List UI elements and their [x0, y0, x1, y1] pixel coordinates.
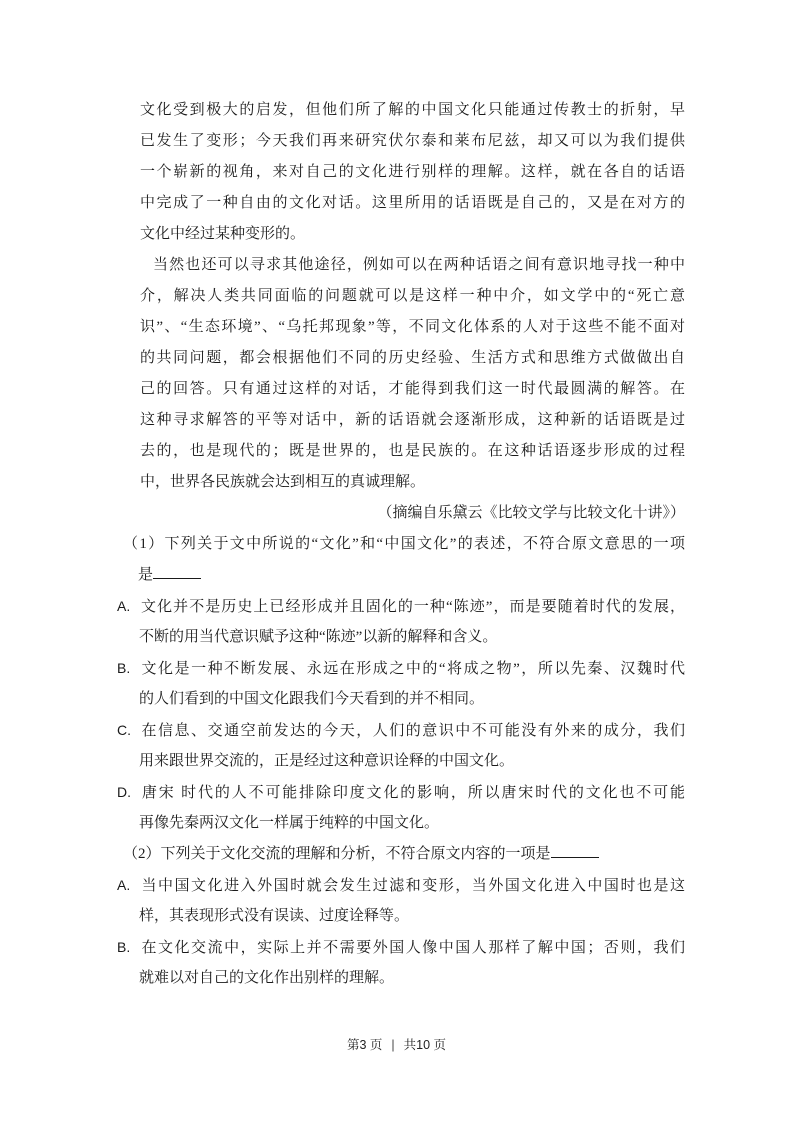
source-attribution: （摘编自乐黛云《比较文学与比较文化十讲》）	[117, 498, 685, 529]
option-d-label: D.	[117, 777, 140, 808]
current-page-label: 第3 页	[347, 1038, 382, 1052]
paragraph-line: 识”、“生态环境”、“乌托邦现象”等，不同文化体系的人对于这些不能不面对	[140, 312, 685, 343]
page-footer: 第3 页|共10 页	[0, 1035, 793, 1053]
question-1-option-a-line-1: A.文化并不是历史上已经形成并且固化的一种“陈迹”，而是要随着时代的发展，	[117, 591, 685, 622]
question-2-option-b-line-2: 就难以对自己的文化作出别样的理解。	[139, 963, 685, 994]
paragraph-line: 中完成了一种自由的文化对话。这里所用的话语既是自己的，又是在对方的	[140, 188, 685, 219]
answer-blank	[551, 844, 599, 858]
paragraph-line: 己的回答。只有通过这样的对话，才能得到我们这一时代最圆满的解答。在	[140, 374, 685, 405]
paragraph-line: 中，世界各民族就会达到相互的真诚理解。	[140, 467, 685, 498]
question-1-option-d-line-2: 再像先秦两汉文化一样属于纯粹的中国文化。	[139, 808, 685, 839]
document-page: 文化受到极大的启发，但他们所了解的中国文化只能通过传教士的折射，早 已发生了变形…	[0, 0, 793, 1122]
footer-separator: |	[391, 1038, 394, 1052]
paragraph-line: 介，解决人类共同面临的问题就可以是这样一种中介，如文学中的“死亡意	[140, 281, 685, 312]
question-1-option-c-line-2: 用来跟世界交流的，正是经过这种意识诠释的中国文化。	[139, 746, 685, 777]
article-paragraph-1: 文化受到极大的启发，但他们所了解的中国文化只能通过传教士的折射，早 已发生了变形…	[117, 95, 685, 250]
paragraph-line: 一个崭新的视角，来对自己的文化进行别样的理解。这样，就在各自的话语	[140, 157, 685, 188]
question-1-stem-tail: 是	[138, 567, 153, 583]
option-a-text: 文化并不是历史上已经形成并且固化的一种“陈迹”，而是要随着时代的发展，	[140, 599, 685, 615]
answer-blank	[153, 565, 201, 579]
question-2-option-b-line-1: B.在文化交流中，实际上并不需要外国人像中国人那样了解中国；否则，我们	[117, 932, 685, 963]
paragraph-line: 当然也还可以寻求其他途径，例如可以在两种话语之间有意识地寻找一种中	[140, 250, 685, 281]
paragraph-line: 这种寻求解答的平等对话中，新的话语就会逐渐形成，这种新的话语既是过	[140, 405, 685, 436]
option-d-text: 唐宋 时代的人不可能排除印度文化的影响，所以唐宋时代的文化也不可能	[140, 785, 685, 801]
option-a-text: 当中国文化进入外国时就会发生过滤和变形，当外国文化进入中国时也是这	[140, 878, 685, 894]
option-b-text: 文化是一种不断发展、永远在形成之中的“将成之物”，所以先秦、汉魏时代	[140, 661, 685, 677]
paragraph-line: 文化受到极大的启发，但他们所了解的中国文化只能通过传教士的折射，早	[140, 95, 685, 126]
page-content: 文化受到极大的启发，但他们所了解的中国文化只能通过传教士的折射，早 已发生了变形…	[117, 95, 685, 994]
question-2-stem: （2）下列关于文化交流的理解和分析，不符合原文内容的一项是	[123, 839, 685, 870]
paragraph-line: 文化中经过某种变形的。	[140, 219, 685, 250]
question-1: （1）下列关于文中所说的“文化”和“中国文化”的表述，不符合原文意思的一项 是 …	[117, 529, 685, 839]
article-paragraph-2: 当然也还可以寻求其他途径，例如可以在两种话语之间有意识地寻找一种中 介，解决人类…	[117, 250, 685, 498]
option-b-label: B.	[117, 653, 140, 684]
paragraph-line: 去的，也是现代的；既是世界的，也是民族的。在这种话语逐步形成的过程	[140, 436, 685, 467]
question-2-option-a-line-2: 样，其表现形式没有误读、过度诠释等。	[139, 901, 685, 932]
question-1-stem-line-2: 是	[138, 560, 685, 591]
option-c-text: 在信息、交通空前发达的今天，人们的意识中不可能没有外来的成分，我们	[140, 723, 685, 739]
question-1-option-a-line-2: 不断的用当代意识赋予这种“陈迹”以新的解释和含义。	[139, 622, 685, 653]
question-1-option-b-line-1: B.文化是一种不断发展、永远在形成之中的“将成之物”，所以先秦、汉魏时代	[117, 653, 685, 684]
option-a-label: A.	[117, 870, 140, 901]
question-2-option-a-line-1: A.当中国文化进入外国时就会发生过滤和变形，当外国文化进入中国时也是这	[117, 870, 685, 901]
question-1-option-d-line-1: D.唐宋 时代的人不可能排除印度文化的影响，所以唐宋时代的文化也不可能	[117, 777, 685, 808]
paragraph-line: 已发生了变形；今天我们再来研究伏尔泰和莱布尼兹，却又可以为我们提供	[140, 126, 685, 157]
question-1-option-b-line-2: 的人们看到的中国文化跟我们今天看到的并不相同。	[139, 684, 685, 715]
question-2: （2）下列关于文化交流的理解和分析，不符合原文内容的一项是 A.当中国文化进入外…	[117, 839, 685, 994]
question-1-option-c-line-1: C.在信息、交通空前发达的今天，人们的意识中不可能没有外来的成分，我们	[117, 715, 685, 746]
question-2-stem-text: （2）下列关于文化交流的理解和分析，不符合原文内容的一项是	[123, 846, 551, 862]
paragraph-line: 的共同问题，都会根据他们不同的历史经验、生活方式和思维方式做做出自	[140, 343, 685, 374]
total-pages-label: 共10 页	[404, 1038, 446, 1052]
question-1-stem-line-1: （1）下列关于文中所说的“文化”和“中国文化”的表述，不符合原文意思的一项	[123, 529, 685, 560]
option-c-label: C.	[117, 715, 140, 746]
option-b-label: B.	[117, 932, 140, 963]
option-a-label: A.	[117, 591, 140, 622]
option-b-text: 在文化交流中，实际上并不需要外国人像中国人那样了解中国；否则，我们	[140, 940, 685, 956]
